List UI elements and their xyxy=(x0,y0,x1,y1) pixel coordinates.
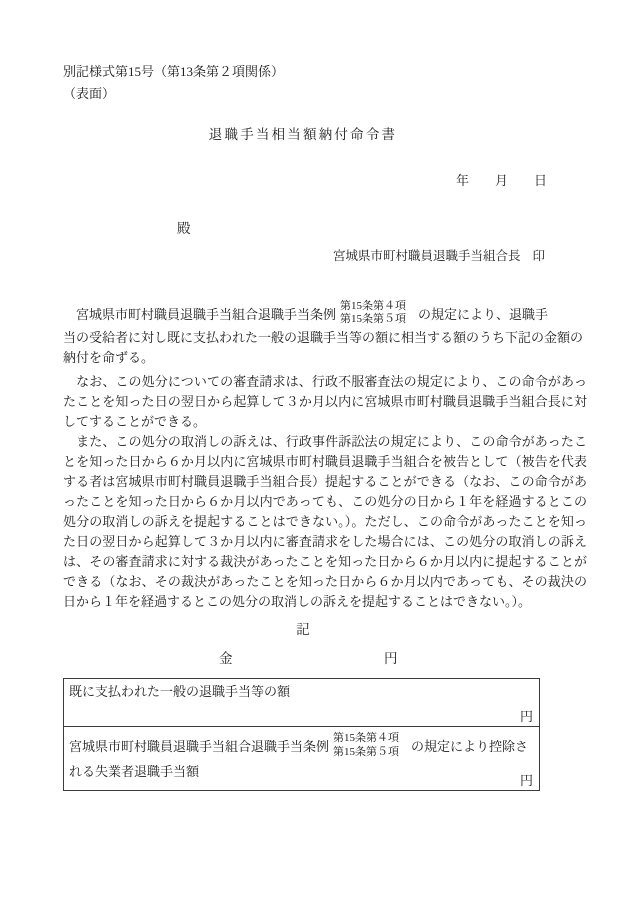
paragraph-1-tail: の規定により、退職手 xyxy=(418,304,548,323)
date-line: 年 月 日 xyxy=(456,170,547,189)
row2-line-1: 宮城県市町村職員退職手当組合退職手当条例 第15条第４項 第15条第５項 の規定… xyxy=(69,731,534,760)
paragraph-1-line-3: 納付を命ずる。 xyxy=(63,348,587,368)
issuer-name: 宮城県市町村職員退職手当組合長 xyxy=(333,246,521,264)
addressee-suffix: 殿 xyxy=(177,217,191,237)
form-document: 別記様式第15号（第13条第２項関係） （表面） 退職手当相当額納付命令書 年 … xyxy=(0,0,630,903)
row2-lead: 宮城県市町村職員退職手当組合退職手当条例 xyxy=(69,736,329,755)
paragraph-3: また、この処分の取消しの訴えは、行政事件訴訟法の規定により、この命令があったこと… xyxy=(63,432,587,612)
form-number-line: 別記様式第15号（第13条第２項関係） xyxy=(63,63,284,80)
paragraph-1-lead: 宮城県市町村職員退職手当組合退職手当条例 xyxy=(63,304,336,323)
clause-top-line: 第15条第４項 xyxy=(333,732,399,746)
row2-line-2: れる失業者退職手当額 xyxy=(69,763,534,781)
clause-bottom-line: 第15条第５項 xyxy=(340,313,406,327)
paragraph-1: 宮城県市町村職員退職手当組合退職手当条例 第15条第４項 第15条第５項 の規定… xyxy=(63,298,587,368)
row1-label: 既に支払われた一般の退職手当等の額 xyxy=(69,683,534,700)
table-row: 既に支払われた一般の退職手当等の額 円 xyxy=(64,679,539,727)
paragraph-2: なお、この処分についての審査請求は、行政不服審査法の規定により、この命令があった… xyxy=(63,372,587,432)
clause-bottom-line: 第15条第５項 xyxy=(333,746,399,760)
clause-top-line: 第15条第４項 xyxy=(340,300,406,314)
document-title: 退職手当相当額納付命令書 xyxy=(63,126,543,144)
row2-unit: 円 xyxy=(520,773,533,788)
table-row: 宮城県市町村職員退職手当組合退職手当条例 第15条第４項 第15条第５項 の規定… xyxy=(64,727,539,790)
ki-heading: 記 xyxy=(63,618,543,638)
seal-mark: 印 xyxy=(533,246,546,264)
clause-reference-stack: 第15条第４項 第15条第５項 xyxy=(340,300,406,327)
row2-tail: の規定により控除さ xyxy=(411,736,528,755)
issuer-line: 宮城県市町村職員退職手当組合長 印 xyxy=(333,246,545,264)
paragraph-1-line-1: 宮城県市町村職員退職手当組合退職手当条例 第15条第４項 第15条第５項 の規定… xyxy=(63,298,587,328)
clause-reference-stack: 第15条第４項 第15条第５項 xyxy=(333,732,399,759)
payment-table: 既に支払われた一般の退職手当等の額 円 宮城県市町村職員退職手当組合退職手当条例… xyxy=(63,678,540,791)
paragraph-1-line-2: 当の受給者に対し既に支払われた一般の退職手当等の額に相当する額のうち下記の金額の xyxy=(63,328,587,348)
amount-prefix: 金 xyxy=(219,647,233,667)
row1-unit: 円 xyxy=(520,709,533,724)
side-label: （表面） xyxy=(63,85,115,102)
body-text-block: 宮城県市町村職員退職手当組合退職手当条例 第15条第４項 第15条第５項 の規定… xyxy=(63,298,587,612)
amount-unit: 円 xyxy=(384,647,398,667)
